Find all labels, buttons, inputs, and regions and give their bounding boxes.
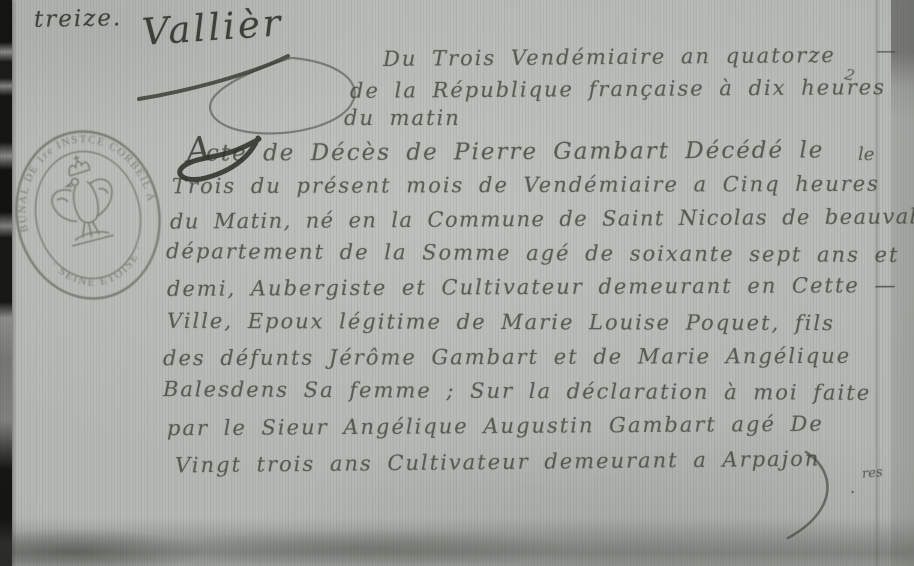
body-line: Vingt trois ans Cultivateur demeurant a … bbox=[175, 447, 821, 478]
body-line: cte de Décès de Pierre Gambart Décédé le bbox=[206, 137, 825, 166]
folio-number: treize. bbox=[34, 5, 123, 33]
body-line: Trois du présent mois de Vendémiaire a C… bbox=[172, 172, 880, 198]
tribunal-stamp: TRIBUNAL DE 1re INSTCE CORBEIL ARRT · SE… bbox=[6, 120, 170, 310]
crown-icon bbox=[66, 153, 91, 176]
signature-paraph-loop bbox=[210, 58, 355, 133]
margin-res-mark: res bbox=[861, 465, 883, 482]
stamp-bottom-arc-text: · SEINE ETOISE · bbox=[47, 240, 152, 297]
register-page-scan: TRIBUNAL DE 1re INSTCE CORBEIL ARRT · SE… bbox=[0, 0, 914, 566]
body-line: Balesdens Sa femme ; Sur la déclaration … bbox=[163, 377, 871, 405]
body-line: Ville, Epoux légitime de Marie Louise Po… bbox=[167, 309, 835, 335]
acte-initial-letter: A bbox=[184, 129, 213, 171]
margin-dot-mark: . bbox=[850, 478, 855, 497]
body-line: demi, Aubergiste et Cultivateur demeuran… bbox=[167, 273, 898, 301]
signature-paraph-stroke bbox=[139, 56, 288, 99]
imperial-eagle-icon bbox=[48, 172, 121, 249]
header-line: Du Trois Vendémiaire an quatorze bbox=[383, 43, 836, 71]
page-bottom-shadow bbox=[0, 518, 914, 566]
body-line: des défunts Jérôme Gambart et de Marie A… bbox=[163, 344, 851, 370]
header-line: du matin bbox=[344, 106, 461, 130]
margin-dash-mark: — bbox=[876, 38, 896, 62]
body-line: du Matin, né en la Commune de Saint Nico… bbox=[170, 204, 914, 233]
stamp-group: TRIBUNAL DE 1re INSTCE CORBEIL ARRT · SE… bbox=[6, 120, 170, 310]
tribunal-stamp-svg: TRIBUNAL DE 1re INSTCE CORBEIL ARRT · SE… bbox=[6, 120, 170, 310]
body-line: par le Sieur Angélique Augustin Gambart … bbox=[167, 412, 824, 441]
stamp-top-arc-text: TRIBUNAL DE 1re INSTCE CORBEIL ARRT bbox=[6, 120, 158, 237]
margin-le-mark: le bbox=[858, 144, 874, 165]
header-line: de la République française à dix heures bbox=[350, 75, 886, 103]
body-line: département de la Somme agé de soixante … bbox=[166, 239, 900, 267]
registrar-signature: Vallièr bbox=[141, 1, 285, 54]
